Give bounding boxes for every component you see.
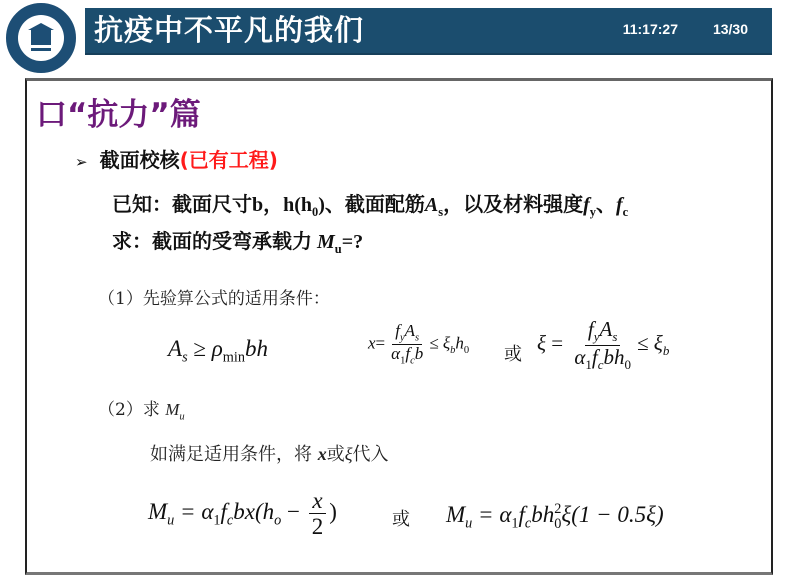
known-line-1: 已知：截面尺寸b，h(h0)、截面配筋As，以及材料强度fy、fc (112, 190, 628, 227)
known-conditions: 已知：截面尺寸b，h(h0)、截面配筋As，以及材料强度fy、fc 求：截面的受… (112, 190, 628, 264)
or-label-1: 或 (504, 340, 522, 366)
bullet-arrow-icon: ➢ (75, 153, 88, 171)
building-icon (31, 29, 51, 45)
slide-header-bar: 抗疫中不平凡的我们 11:17:27 13/30 (85, 8, 772, 55)
formula-mu-xi: Mu = α1fcbh20ξ(1 − 0.5ξ) (446, 502, 664, 533)
university-seal-icon (6, 3, 76, 73)
step-2-label: （2）求 Mu (98, 398, 185, 429)
page-counter: 13/30 (713, 21, 748, 37)
half-x-fraction: x2 (309, 488, 327, 540)
seal-band (31, 48, 51, 51)
substitute-instruction: 如满足适用条件，将 x或ξ代入 (150, 442, 388, 467)
or-label-2: 或 (392, 505, 410, 531)
x-fraction: fyAsα1fcb (388, 322, 426, 367)
known-line-2: 求：截面的受弯承载力 Mu=? (112, 227, 628, 264)
subheading-text: 截面校核 (100, 148, 180, 172)
formula-x-check: x=fyAsα1fcb≤ ξbh0 (368, 322, 469, 367)
subheading-note: (已有工程) (180, 148, 278, 172)
clock-time: 11:17:27 (623, 21, 678, 37)
step-1-label: （1）先验算公式的适用条件： (98, 287, 330, 311)
section-heading: 口“抗力”篇 (36, 96, 201, 134)
seal-inner (18, 15, 64, 61)
formula-min-reinforcement: As ≥ ρminbh (168, 336, 268, 367)
subheading: ➢截面校核(已有工程) (75, 146, 278, 176)
slide-title: 抗疫中不平凡的我们 (94, 12, 364, 48)
formula-xi-check: ξ = fyAsα1fcbh0≤ ξb (537, 318, 669, 372)
formula-mu-x: Mu = α1fcbx(ho − x2) (148, 488, 337, 540)
xi-fraction: fyAsα1fcbh0 (571, 318, 634, 372)
